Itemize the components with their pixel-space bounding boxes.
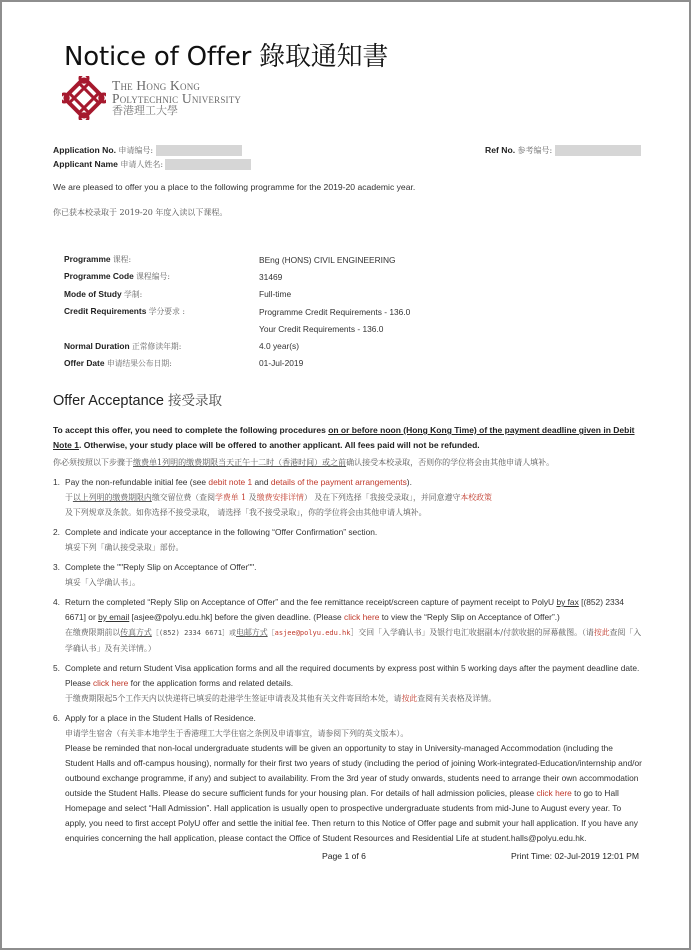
step-2-cn: 填妥下列「确认接受录取」部份。 xyxy=(65,540,643,555)
offer-acceptance-title: Offer Acceptance xyxy=(53,393,164,409)
step-text: Complete and indicate your acceptance in… xyxy=(65,527,377,537)
hall-homepage-click-here-link[interactable]: click here xyxy=(536,788,571,798)
step-number: 3. xyxy=(53,560,65,590)
step-number: 4. xyxy=(53,595,65,656)
visa-forms-cn-link[interactable]: 按此 xyxy=(401,694,417,703)
programme-row-value: Full-time xyxy=(259,289,291,299)
payment-arrangements-cn-link[interactable]: 缴费安排详情 xyxy=(257,493,304,502)
programme-label-en: Programme xyxy=(64,254,111,264)
step-4: 4. Return the completed “Reply Slip on A… xyxy=(53,595,643,656)
reply-slip-click-here-link[interactable]: click here xyxy=(344,612,379,622)
step-6-cn: 申请学生宿舍（有关非本地学生于香港理工大学住宿之条例及申请事宜，请参阅下列的英文… xyxy=(65,726,643,741)
programme-row: Normal Duration 正常修读年期:4.0 year(s) xyxy=(64,337,410,354)
programme-row-label: Offer Date 申请结果公布日期: xyxy=(64,358,259,369)
step-3-cn: 填妥「入学确认书」。 xyxy=(65,575,643,590)
instructions-text: To accept this offer, you need to comple… xyxy=(53,425,328,435)
programme-label-cn: 课程编号: xyxy=(136,272,170,281)
step-number: 6. xyxy=(53,711,65,846)
step-text: Pay the non-refundable initial fee (see xyxy=(65,477,208,487)
step-number: 5. xyxy=(53,661,65,706)
step-cn-text: ） 及在下列选择「我接受录取」，并同意遵守 xyxy=(304,493,460,502)
polyu-logo-icon xyxy=(62,76,106,120)
print-time: Print Time: 02-Jul-2019 12:01 PM xyxy=(511,851,639,861)
programme-label-en: Programme Code xyxy=(64,271,134,281)
instructions-cn-deadline: 缴费单1列明的缴费期限当天正午十二时（香港时间）或之前 xyxy=(133,458,346,467)
programme-row-value: 4.0 year(s) xyxy=(259,341,299,351)
step-cn-text: 在缴费限期前以 xyxy=(65,628,120,637)
applicant-name-label-cn: 申请人姓名: xyxy=(120,160,163,169)
ref-no-redacted xyxy=(555,145,641,156)
by-fax-text: by fax xyxy=(556,597,578,607)
logo-line-3: 香港理工大學 xyxy=(112,105,241,118)
step-number: 1. xyxy=(53,475,65,520)
programme-details-table: Programme 课程:BEng (HONS) CIVIL ENGINEERI… xyxy=(64,251,410,372)
page-title: Notice of Offer 錄取通知書 xyxy=(64,36,388,73)
applicant-name: Applicant Name 申请人姓名: xyxy=(53,159,251,170)
programme-row-label: Programme 课程: xyxy=(64,254,259,265)
step-cn-text: 于缴费期限起5个工作天内以快递将已填妥的赴港学生签证申请表及其他有关文件寄回给本… xyxy=(65,694,401,703)
programme-row: Offer Date 申请结果公布日期:01-Jul-2019 xyxy=(64,355,410,372)
acceptance-instructions-cn: 你必须按照以下步骤于缴费单1列明的缴费期限当天正午十二时（香港时间）或之前确认接… xyxy=(53,457,643,468)
programme-row-value: BEng (HONS) CIVIL ENGINEERING xyxy=(259,255,396,265)
programme-label-en: Mode of Study xyxy=(64,289,122,299)
programme-label-en: Credit Requirements xyxy=(64,306,146,316)
application-no: Application No. 申请编号: xyxy=(53,145,242,156)
step-1-cn-line2: 及下列规章及条款。如你选择不接受录取， 请选择「我不接受录取」，你的学位将会由其… xyxy=(65,505,643,520)
programme-row: Mode of Study 学制:Full-time xyxy=(64,286,410,303)
step-5-cn: 于缴费期限起5个工作天内以快递将已填妥的赴港学生签证申请表及其他有关文件寄回给本… xyxy=(65,691,643,706)
debit-note-1-link[interactable]: debit note 1 xyxy=(208,477,252,487)
programme-label-cn: 学分要求 : xyxy=(149,307,185,316)
step-cn-text: 于 xyxy=(65,493,73,502)
programme-row-value: 31469 xyxy=(259,272,282,282)
applicant-name-label: Applicant Name xyxy=(53,159,118,169)
step-text: Return the completed “Reply Slip on Acce… xyxy=(65,597,556,607)
payment-arrangements-link[interactable]: details of the payment arrangements xyxy=(271,477,407,487)
step-text: for the application forms and related de… xyxy=(128,678,293,688)
step-6: 6. Apply for a place in the Student Hall… xyxy=(53,711,643,846)
programme-label-cn: 学制: xyxy=(124,290,142,299)
step-cn-text: 缴交留位费（查阅 xyxy=(152,493,215,502)
step-5: 5. Complete and return Student Visa appl… xyxy=(53,661,643,706)
logo-line-2: Polytechnic University xyxy=(112,92,241,105)
programme-row: Programme 课程:BEng (HONS) CIVIL ENGINEERI… xyxy=(64,251,410,268)
programme-row-value: 01-Jul-2019 xyxy=(259,358,303,368)
programme-label-en: Normal Duration xyxy=(64,341,130,351)
step-text: [asjee@polyu.edu.hk] before the given de… xyxy=(129,612,344,622)
programme-row: Programme Code 课程编号:31469 xyxy=(64,268,410,285)
programme-row: Your Credit Requirements - 136.0 xyxy=(64,320,410,337)
step-text: to view the “Reply Slip on Acceptance of… xyxy=(379,612,559,622)
step-cn-underlined: 以上列明的缴费期限内 xyxy=(73,493,152,502)
intro-en: We are pleased to offer you a place to t… xyxy=(53,182,415,192)
step-text: and xyxy=(252,477,271,487)
step-2: 2. Complete and indicate your acceptance… xyxy=(53,525,643,555)
step-cn-text: 及 xyxy=(246,493,256,502)
step-text: ). xyxy=(407,477,412,487)
step-number: 2. xyxy=(53,525,65,555)
fax-number-cn: ［(852) 2334 6671］或 xyxy=(152,629,236,637)
university-policy-cn-link[interactable]: 本校政策 xyxy=(460,493,492,502)
offer-acceptance-heading: Offer Acceptance 接受录取 xyxy=(53,389,222,409)
programme-label-en: Offer Date xyxy=(64,358,105,368)
step-text: Complete the ""Reply Slip on Acceptance … xyxy=(65,562,256,572)
application-no-label: Application No. xyxy=(53,145,116,155)
reply-slip-cn-link[interactable]: 按此 xyxy=(594,628,610,637)
instructions-cn-text: 你必须按照以下步骤于 xyxy=(53,458,133,467)
programme-row-label: Mode of Study 学制: xyxy=(64,289,259,300)
programme-label-cn: 申请结果公布日期: xyxy=(107,359,172,368)
page-number: Page 1 of 6 xyxy=(322,851,366,861)
ref-no: Ref No. 参考编号: xyxy=(485,145,641,156)
intro-cn: 你已获本校录取于 2019-20 年度入读以下课程。 xyxy=(53,207,227,218)
application-no-redacted xyxy=(156,145,242,156)
step-4-cn: 在缴费限期前以传真方式［(852) 2334 6671］或电邮方式［asjee@… xyxy=(65,625,643,656)
step-cn-text: ］交回「入学确认书」及银行电汇收据副本/付款收据的屏幕截图。（请 xyxy=(350,628,593,637)
step-3: 3. Complete the ""Reply Slip on Acceptan… xyxy=(53,560,643,590)
instructions-text-end: . Otherwise, your study place will be of… xyxy=(79,440,480,450)
by-email-text: by email xyxy=(98,612,129,622)
application-no-label-cn: 申请编号: xyxy=(118,146,153,155)
email-cn-text: 电邮方式 xyxy=(236,628,268,637)
programme-row-label: Programme Code 课程编号: xyxy=(64,271,259,282)
step-cn-text: ［ xyxy=(268,629,275,637)
offer-acceptance-title-cn: 接受录取 xyxy=(168,393,222,409)
step-1-cn: 于以上列明的缴费期限内缴交留位费（查阅学费单 1 及缴费安排详情） 及在下列选择… xyxy=(65,490,643,505)
acceptance-steps: 1. Pay the non-refundable initial fee (s… xyxy=(53,475,643,851)
programme-label-cn: 课程: xyxy=(113,255,131,264)
fax-cn-text: 传真方式 xyxy=(120,628,152,637)
programme-row-label: Credit Requirements 学分要求 : xyxy=(64,306,259,317)
programme-row-label: Normal Duration 正常修读年期: xyxy=(64,341,259,352)
visa-forms-click-here-link[interactable]: click here xyxy=(93,678,128,688)
step-text: Apply for a place in the Student Halls o… xyxy=(65,713,256,723)
step-cn-text: 查阅有关表格及详情。 xyxy=(417,694,496,703)
debit-note-cn-link[interactable]: 学费单 1 xyxy=(215,493,246,502)
programme-row-value: Your Credit Requirements - 136.0 xyxy=(259,324,383,334)
ref-no-label: Ref No. xyxy=(485,145,515,155)
programme-row-value: Programme Credit Requirements - 136.0 xyxy=(259,307,410,317)
instructions-cn-text-end: 确认接受本校录取，否则你的学位将会由其他申请人填补。 xyxy=(346,458,554,467)
ref-no-label-cn: 参考编号: xyxy=(517,146,552,155)
document-page: Notice of Offer 錄取通知書 The Hong Kong Poly… xyxy=(0,0,691,950)
programme-row: Credit Requirements 学分要求 :Programme Cred… xyxy=(64,303,410,320)
step-1: 1. Pay the non-refundable initial fee (s… xyxy=(53,475,643,520)
logo-line-1: The Hong Kong xyxy=(112,79,241,92)
programme-label-cn: 正常修读年期: xyxy=(132,342,181,351)
acceptance-instructions: To accept this offer, you need to comple… xyxy=(53,423,638,453)
applicant-name-redacted xyxy=(165,159,251,170)
university-logo: The Hong Kong Polytechnic University 香港理… xyxy=(62,74,241,122)
email-cn-link[interactable]: asjee@polyu.edu.hk xyxy=(275,629,351,637)
